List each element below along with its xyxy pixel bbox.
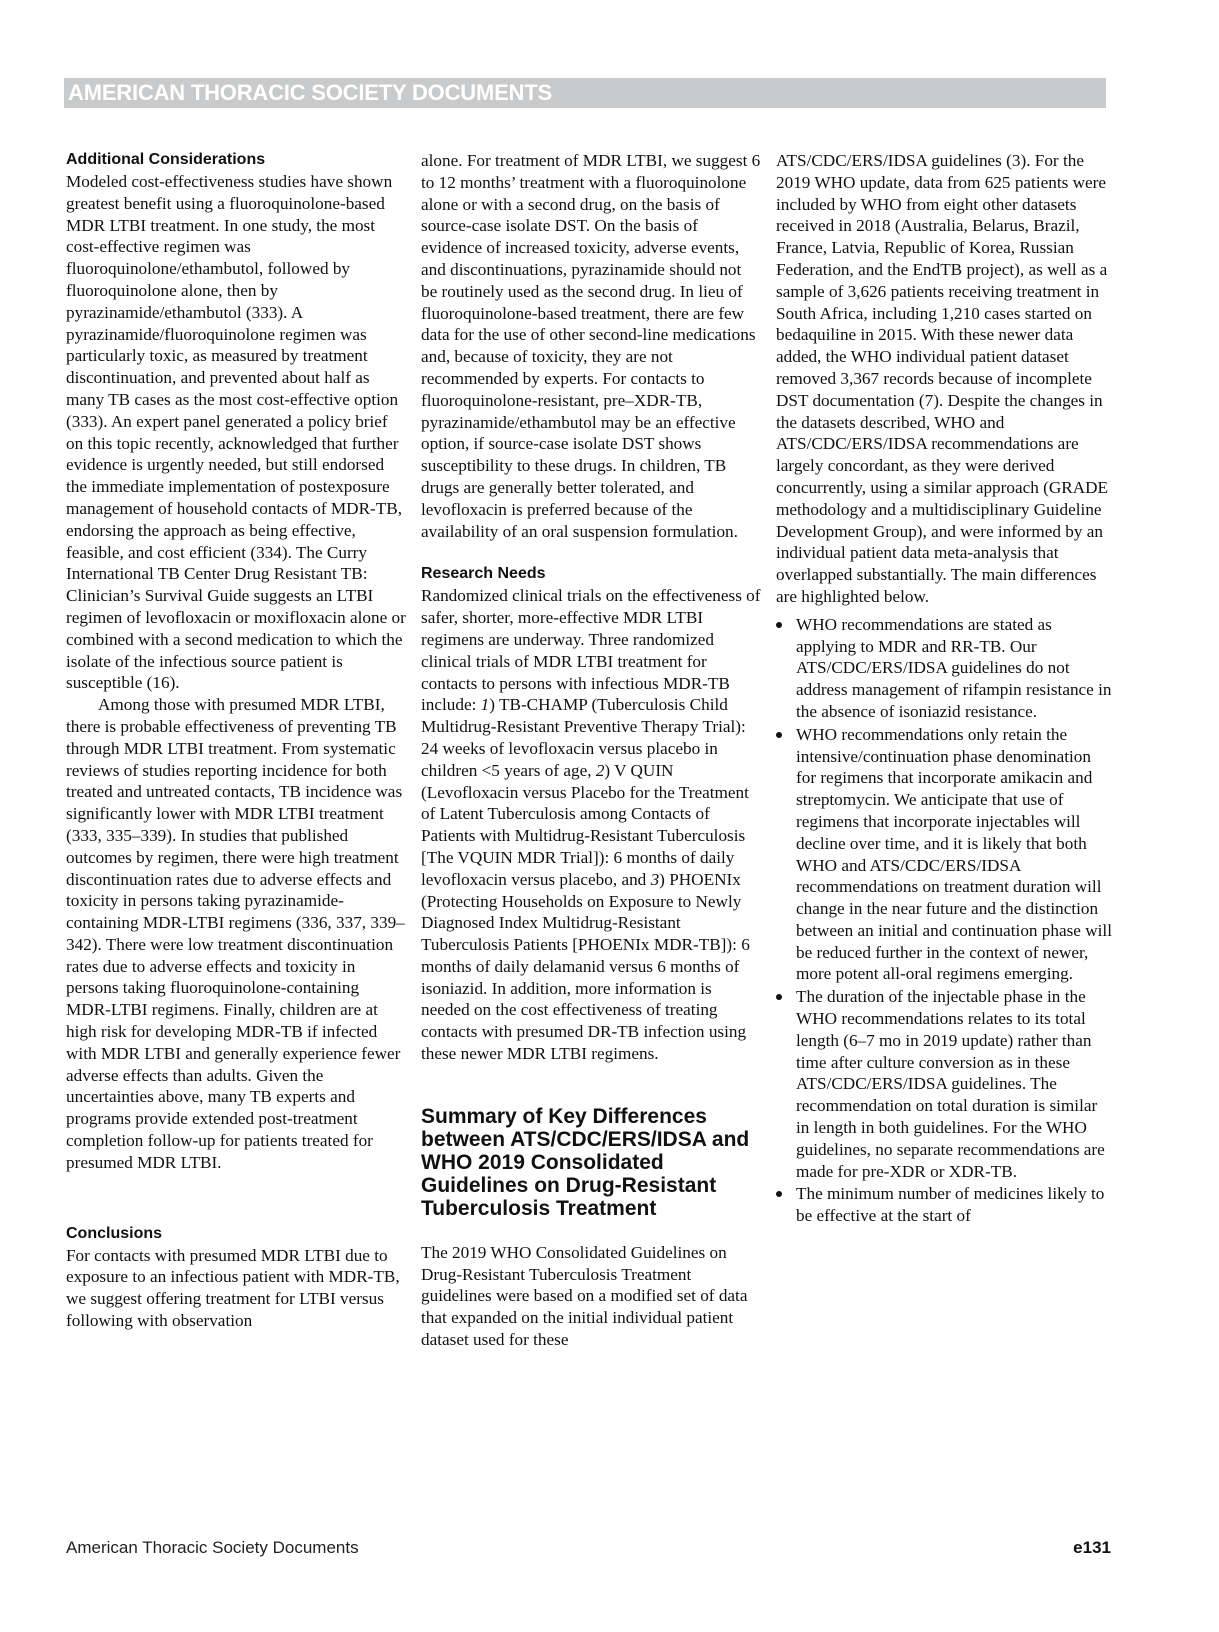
bullet-icon: [776, 622, 782, 628]
column-1: Additional Considerations Modeled cost-e…: [66, 150, 406, 1332]
paragraph: alone. For treatment of MDR LTBI, we sug…: [421, 150, 761, 542]
list-item-text: WHO recommendations are stated as applyi…: [796, 615, 1111, 721]
heading-additional-considerations: Additional Considerations: [66, 150, 406, 170]
banner-title: AMERICAN THORACIC SOCIETY DOCUMENTS: [68, 80, 552, 106]
list-item-text: The duration of the injectable phase in …: [796, 987, 1105, 1180]
column-2: alone. For treatment of MDR LTBI, we sug…: [421, 150, 761, 1351]
paragraph: Modeled cost-effectiveness studies have …: [66, 171, 406, 694]
paragraph: ATS/CDC/ERS/IDSA guidelines (3). For the…: [776, 150, 1112, 608]
heading-summary-key-differences: Summary of Key Differences between ATS/C…: [421, 1105, 761, 1220]
paragraph: Among those with presumed MDR LTBI, ther…: [66, 694, 406, 1174]
differences-list: WHO recommendations are stated as applyi…: [776, 614, 1112, 1227]
list-number: 1: [481, 695, 490, 714]
paragraph-research-needs: Randomized clinical trials on the effect…: [421, 585, 761, 1065]
list-item: WHO recommendations are stated as applyi…: [776, 614, 1112, 723]
list-item: The duration of the injectable phase in …: [776, 986, 1112, 1182]
footer-journal-name: American Thoracic Society Documents: [66, 1538, 359, 1558]
heading-research-needs: Research Needs: [421, 564, 761, 584]
paragraph: For contacts with presumed MDR LTBI due …: [66, 1245, 406, 1332]
list-item: The minimum number of medicines likely t…: [776, 1183, 1112, 1227]
bullet-icon: [776, 994, 782, 1000]
text-run: ) PHOENIx (Protecting Households on Expo…: [421, 870, 750, 1063]
list-item-text: WHO recommendations only retain the inte…: [796, 725, 1112, 984]
paragraph: The 2019 WHO Consolidated Guidelines on …: [421, 1242, 761, 1351]
list-number: 3: [651, 870, 660, 889]
spacer: [66, 1174, 406, 1224]
footer-page-number: e131: [1073, 1538, 1111, 1558]
bullet-icon: [776, 1191, 782, 1197]
section-banner: AMERICAN THORACIC SOCIETY DOCUMENTS: [64, 78, 1106, 108]
column-3: ATS/CDC/ERS/IDSA guidelines (3). For the…: [776, 150, 1112, 1228]
list-item-text: The minimum number of medicines likely t…: [796, 1184, 1104, 1225]
heading-conclusions: Conclusions: [66, 1224, 406, 1244]
bullet-icon: [776, 732, 782, 738]
spacer: [421, 542, 761, 564]
list-item: WHO recommendations only retain the inte…: [776, 724, 1112, 986]
spacer: [421, 1065, 761, 1105]
spacer: [421, 1220, 761, 1242]
